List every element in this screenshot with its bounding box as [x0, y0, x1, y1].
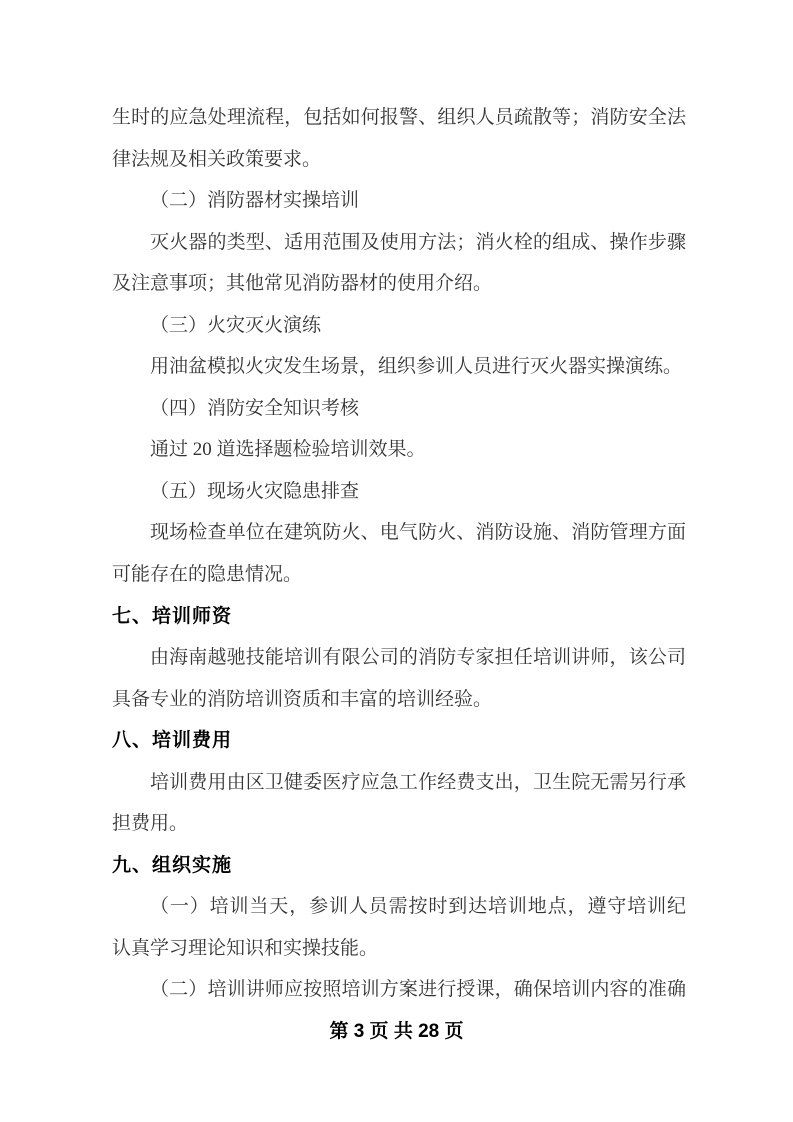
- text-line: 认真学习理论知识和实操技能。: [112, 928, 686, 970]
- text-line: 具备专业的消防培训资质和丰富的培训经验。: [112, 679, 686, 721]
- section-heading: 八、培训费用: [112, 720, 686, 762]
- text-line: 培训费用由区卫健委医疗应急工作经费支出，卫生院无需另行承: [112, 762, 686, 804]
- text-line: 及注意事项；其他常见消防器材的使用介绍。: [112, 263, 686, 305]
- section-heading: 七、培训师资: [112, 596, 686, 638]
- document-page: 生时的应急处理流程，包括如何报警、组织人员疏散等；消防安全法律法规及相关政策要求…: [0, 0, 793, 1122]
- section-heading: 九、组织实施: [112, 845, 686, 887]
- text-line: 由海南越驰技能培训有限公司的消防专家担任培训讲师，该公司: [112, 637, 686, 679]
- text-line: 通过 20 道选择题检验培训效果。: [112, 429, 686, 471]
- text-line: 担费用。: [112, 803, 686, 845]
- text-line: 律法规及相关政策要求。: [112, 139, 686, 181]
- text-line: （四）消防安全知识考核: [112, 388, 686, 430]
- text-line: （二）消防器材实操培训: [112, 180, 686, 222]
- document-body: 生时的应急处理流程，包括如何报警、组织人员疏散等；消防安全法律法规及相关政策要求…: [112, 97, 686, 1011]
- page-footer: 第 3 页 共 28 页: [0, 1011, 793, 1053]
- text-line: 现场检查单位在建筑防火、电气防火、消防设施、消防管理方面: [112, 512, 686, 554]
- text-line: 灭火器的类型、适用范围及使用方法；消火栓的组成、操作步骤: [112, 222, 686, 264]
- text-line: （二）培训讲师应按照培训方案进行授课，确保培训内容的准确: [112, 969, 686, 1011]
- text-line: 用油盆模拟火灾发生场景，组织参训人员进行灭火器实操演练。: [112, 346, 686, 388]
- text-line: 生时的应急处理流程，包括如何报警、组织人员疏散等；消防安全法: [112, 97, 686, 139]
- text-line: （一）培训当天，参训人员需按时到达培训地点，遵守培训纪律，: [112, 886, 686, 928]
- text-line: 可能存在的隐患情况。: [112, 554, 686, 596]
- page-number-label: 第 3 页 共 28 页: [329, 1021, 463, 1042]
- text-line: （五）现场火灾隐患排查: [112, 471, 686, 513]
- text-line: （三）火灾灭火演练: [112, 305, 686, 347]
